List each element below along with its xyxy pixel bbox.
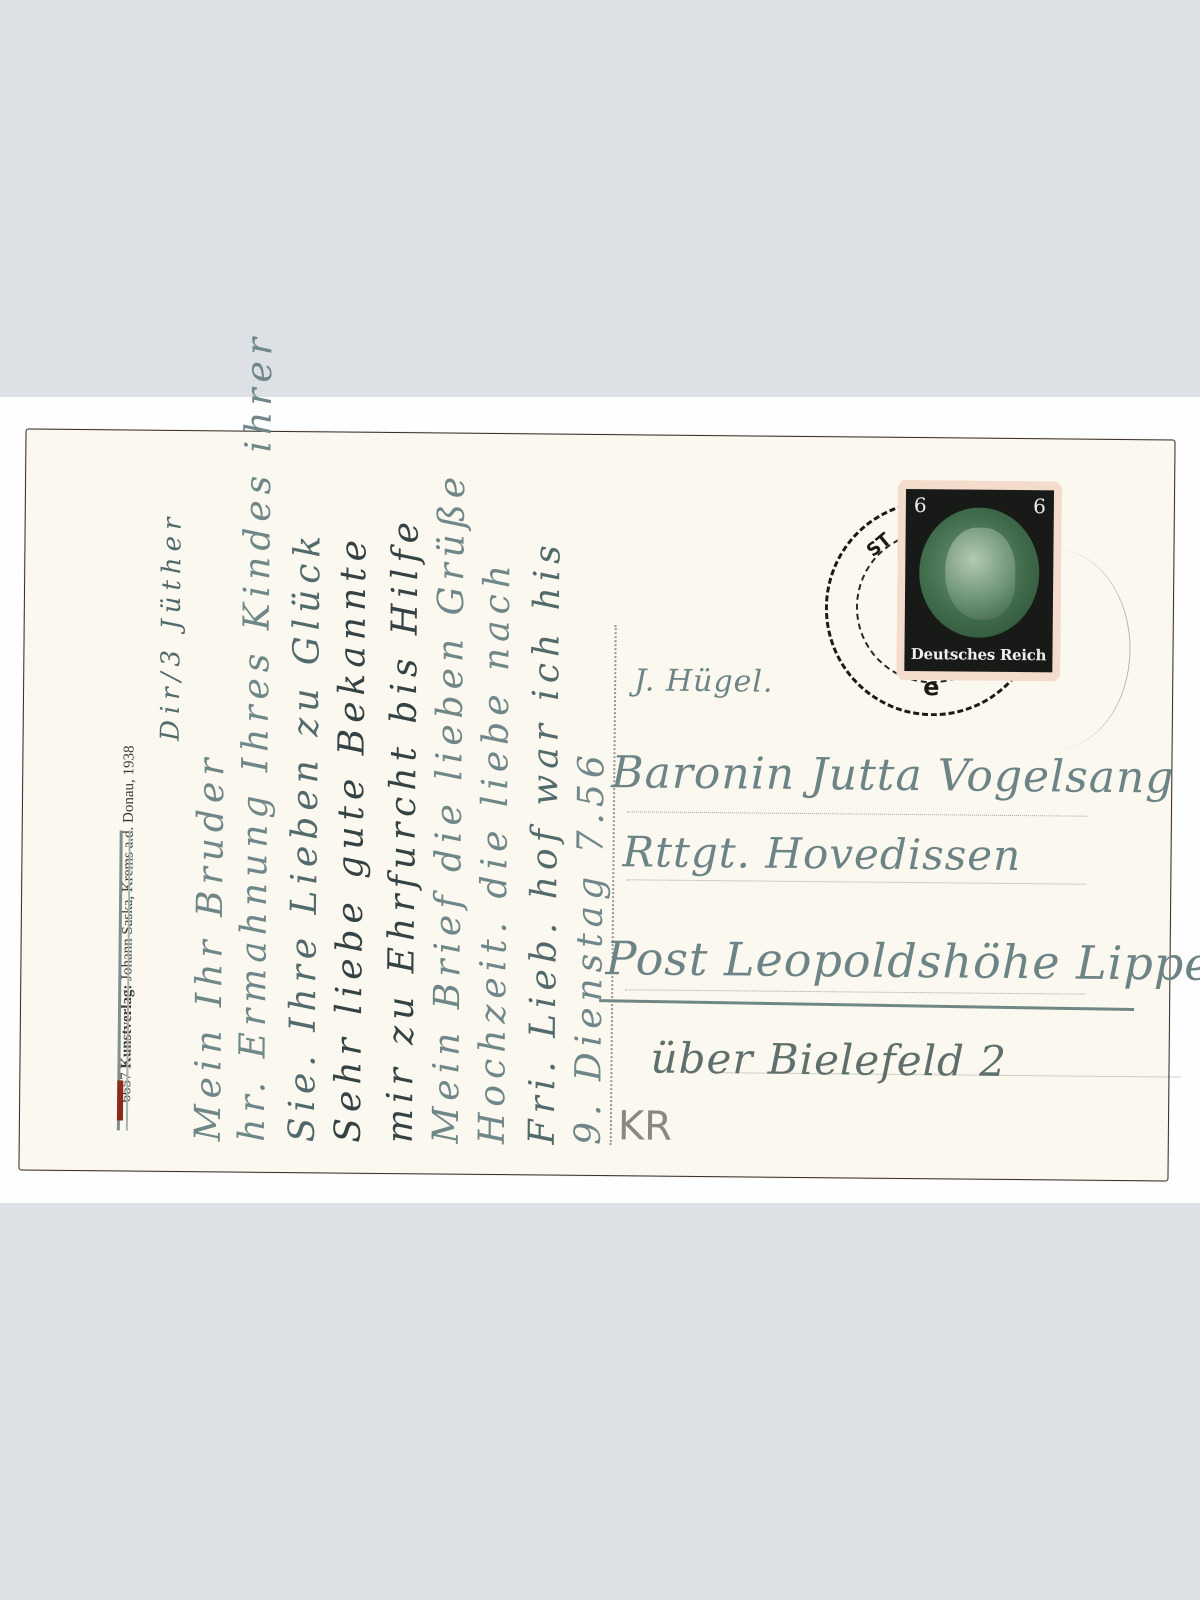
address-line-5: über Bielefeld 2 xyxy=(650,1034,1007,1086)
address-line-3: Rttgt. Hovedissen xyxy=(622,827,1021,880)
stamp-value-left: 6 xyxy=(914,493,927,517)
message-line: Mein Brief die lieben Grüße xyxy=(426,471,473,1144)
address-line-4: Post Leopoldshöhe Lippe xyxy=(605,931,1200,991)
message-line: Fri. Lieb. hof war ich his xyxy=(522,539,569,1145)
address-line-1: J. Hügel. xyxy=(634,663,774,699)
address-rule xyxy=(626,879,1086,884)
pencil-mark: KR xyxy=(618,1103,672,1150)
portrait-medallion xyxy=(919,507,1040,638)
message-line: Dir/3 Jüther xyxy=(156,511,188,741)
postcard: 6657 Kunstverlag: Johann Saska, Krems a.… xyxy=(18,428,1175,1181)
address-rule xyxy=(627,811,1087,816)
address-rule xyxy=(625,989,1085,994)
stamp-value-right: 6 xyxy=(1033,494,1046,518)
message-line: Hochzeit. die liebe nach xyxy=(472,559,519,1144)
message-line: Mein Ihr Bruder xyxy=(188,752,233,1141)
message-line: mir zu Ehrfurcht bis Hilfe xyxy=(380,516,427,1143)
stamp-frame: 6 6 Deutsches Reich xyxy=(904,489,1054,672)
address-line-2: Baronin Jutta Vogelsang xyxy=(611,747,1175,803)
message-line: Sie. Ihre Lieben zu Glück xyxy=(282,530,329,1143)
handwritten-message: Dir/3 Jüther Mein Ihr Bruder hr. Ermahnu… xyxy=(110,440,637,1165)
message-line: Sehr liebe gute Bekannte xyxy=(328,534,375,1143)
postage-stamp: 6 6 Deutsches Reich xyxy=(896,480,1062,682)
address-underline xyxy=(599,999,1134,1011)
margin-flourish-tip xyxy=(117,1080,123,1120)
stamp-country: Deutsches Reich xyxy=(904,645,1052,664)
message-line: hr. Ermahnung Ihres Kindes ihrer xyxy=(232,332,281,1142)
portrait-head-icon xyxy=(945,527,1016,620)
